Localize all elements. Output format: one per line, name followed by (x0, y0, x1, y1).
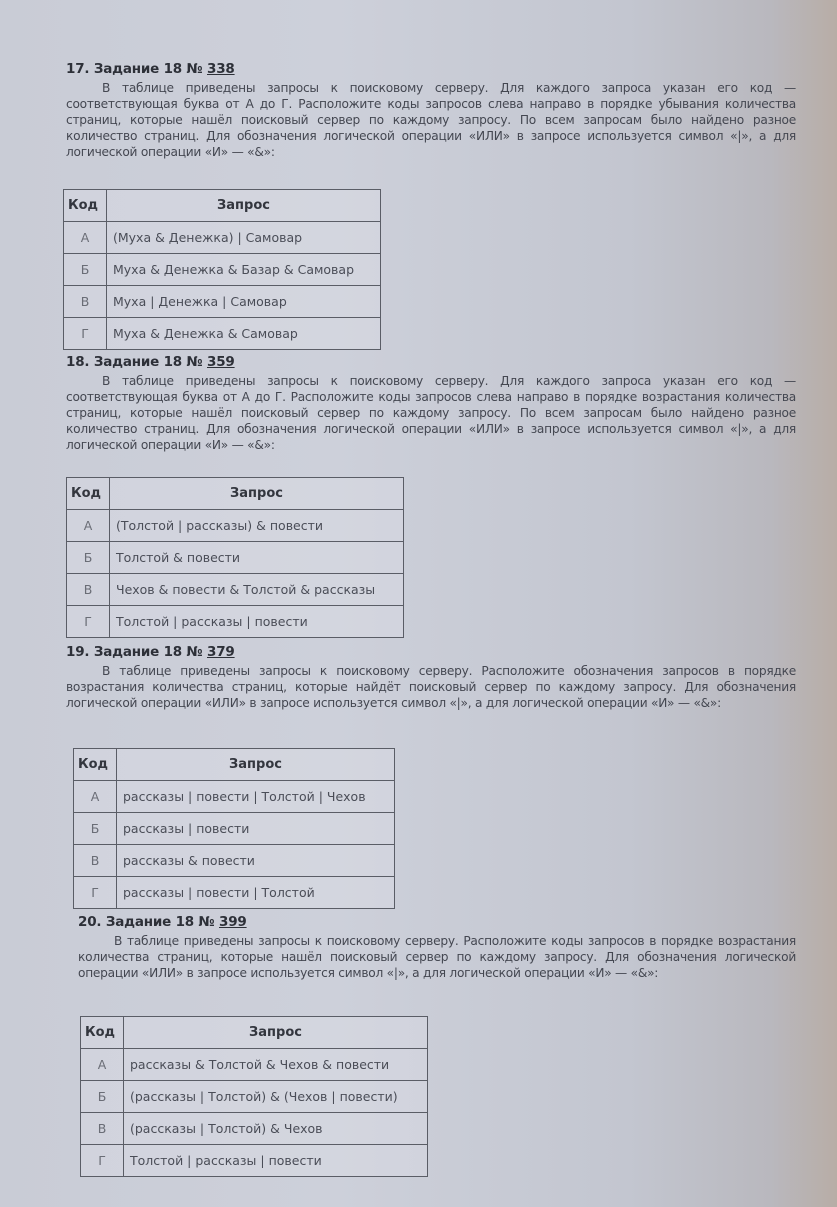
row-code: В (81, 1113, 124, 1145)
row-query: Муха | Денежка | Самовар (107, 286, 381, 318)
row-query: Муха & Денежка & Базар & Самовар (107, 254, 381, 286)
task-title: 17. Задание 18 № 338 (66, 60, 796, 78)
row-code: В (64, 286, 107, 318)
query-header: Запрос (110, 478, 404, 510)
row-code: Б (74, 813, 117, 845)
row-code: В (67, 574, 110, 606)
table-row: Арассказы | повести | Толстой | Чехов (74, 781, 395, 813)
table-row: Грассказы | повести | Толстой (74, 877, 395, 909)
table-row: Арассказы & Толстой & Чехов & повести (81, 1049, 428, 1081)
table-row: ВЧехов & повести & Толстой & рассказы (67, 574, 404, 606)
task-title: 19. Задание 18 № 379 (66, 643, 796, 661)
query-header: Запрос (117, 749, 395, 781)
row-query: рассказы | повести | Толстой | Чехов (117, 781, 395, 813)
task-20: 20. Задание 18 № 399 В таблице приведены… (78, 913, 796, 981)
row-code: Б (67, 542, 110, 574)
table-row: БТолстой & повести (67, 542, 404, 574)
row-code: А (64, 222, 107, 254)
row-code: А (74, 781, 117, 813)
row-query: (Толстой | рассказы) & повести (110, 510, 404, 542)
table-row: Врассказы & повести (74, 845, 395, 877)
task-number-link[interactable]: 338 (207, 61, 235, 77)
task-text: В таблице приведены запросы к поисковому… (66, 663, 796, 711)
query-table-19: Код Запрос Арассказы | повести | Толстой… (73, 748, 395, 909)
task-title-prefix: 20. Задание 18 № (78, 914, 219, 930)
table-row: В(рассказы | Толстой) & Чехов (81, 1113, 428, 1145)
row-query: (Муха & Денежка) | Самовар (107, 222, 381, 254)
row-query: Толстой | рассказы | повести (110, 606, 404, 638)
table-row: ВМуха | Денежка | Самовар (64, 286, 381, 318)
table-header-row: Код Запрос (81, 1017, 428, 1049)
table-row: А(Толстой | рассказы) & повести (67, 510, 404, 542)
task-title-prefix: 17. Задание 18 № (66, 61, 207, 77)
row-query: Чехов & повести & Толстой & рассказы (110, 574, 404, 606)
task-title-prefix: 18. Задание 18 № (66, 354, 207, 370)
task-number-link[interactable]: 379 (207, 644, 235, 660)
row-code: В (74, 845, 117, 877)
document-page: 17. Задание 18 № 338 В таблице приведены… (0, 0, 837, 1207)
row-code: А (67, 510, 110, 542)
row-query: Толстой & повести (110, 542, 404, 574)
row-code: Б (81, 1081, 124, 1113)
task-text: В таблице приведены запросы к поисковому… (66, 80, 796, 160)
query-table-18: Код Запрос А(Толстой | рассказы) & повес… (66, 477, 404, 638)
table-row: ГТолстой | рассказы | повести (67, 606, 404, 638)
code-header: Код (67, 478, 110, 510)
task-18: 18. Задание 18 № 359 В таблице приведены… (66, 353, 796, 453)
row-query: рассказы & повести (117, 845, 395, 877)
query-header: Запрос (107, 190, 381, 222)
row-code: Г (74, 877, 117, 909)
table-row: ГТолстой | рассказы | повести (81, 1145, 428, 1177)
row-code: Г (81, 1145, 124, 1177)
table-row: Б(рассказы | Толстой) & (Чехов | повести… (81, 1081, 428, 1113)
row-query: рассказы | повести | Толстой (117, 877, 395, 909)
table-row: БМуха & Денежка & Базар & Самовар (64, 254, 381, 286)
task-number-link[interactable]: 359 (207, 354, 235, 370)
table-header-row: Код Запрос (67, 478, 404, 510)
table-row: ГМуха & Денежка & Самовар (64, 318, 381, 350)
row-query: Муха & Денежка & Самовар (107, 318, 381, 350)
task-title: 18. Задание 18 № 359 (66, 353, 796, 371)
row-query: Толстой | рассказы | повести (124, 1145, 428, 1177)
row-code: А (81, 1049, 124, 1081)
task-title: 20. Задание 18 № 399 (78, 913, 796, 931)
row-code: Г (67, 606, 110, 638)
table-row: А(Муха & Денежка) | Самовар (64, 222, 381, 254)
table-header-row: Код Запрос (74, 749, 395, 781)
row-code: Г (64, 318, 107, 350)
code-header: Код (81, 1017, 124, 1049)
table-header-row: Код Запрос (64, 190, 381, 222)
row-query: рассказы & Толстой & Чехов & повести (124, 1049, 428, 1081)
task-number-link[interactable]: 399 (219, 914, 247, 930)
query-header: Запрос (124, 1017, 428, 1049)
task-title-prefix: 19. Задание 18 № (66, 644, 207, 660)
row-query: (рассказы | Толстой) & (Чехов | повести) (124, 1081, 428, 1113)
task-text: В таблице приведены запросы к поисковому… (78, 933, 796, 981)
row-query: рассказы | повести (117, 813, 395, 845)
row-query: (рассказы | Толстой) & Чехов (124, 1113, 428, 1145)
query-table-20: Код Запрос Арассказы & Толстой & Чехов &… (80, 1016, 428, 1177)
task-text: В таблице приведены запросы к поисковому… (66, 373, 796, 453)
code-header: Код (64, 190, 107, 222)
query-table-17: Код Запрос А(Муха & Денежка) | Самовар Б… (63, 189, 381, 350)
table-row: Брассказы | повести (74, 813, 395, 845)
task-19: 19. Задание 18 № 379 В таблице приведены… (66, 643, 796, 711)
task-17: 17. Задание 18 № 338 В таблице приведены… (66, 60, 796, 160)
code-header: Код (74, 749, 117, 781)
row-code: Б (64, 254, 107, 286)
